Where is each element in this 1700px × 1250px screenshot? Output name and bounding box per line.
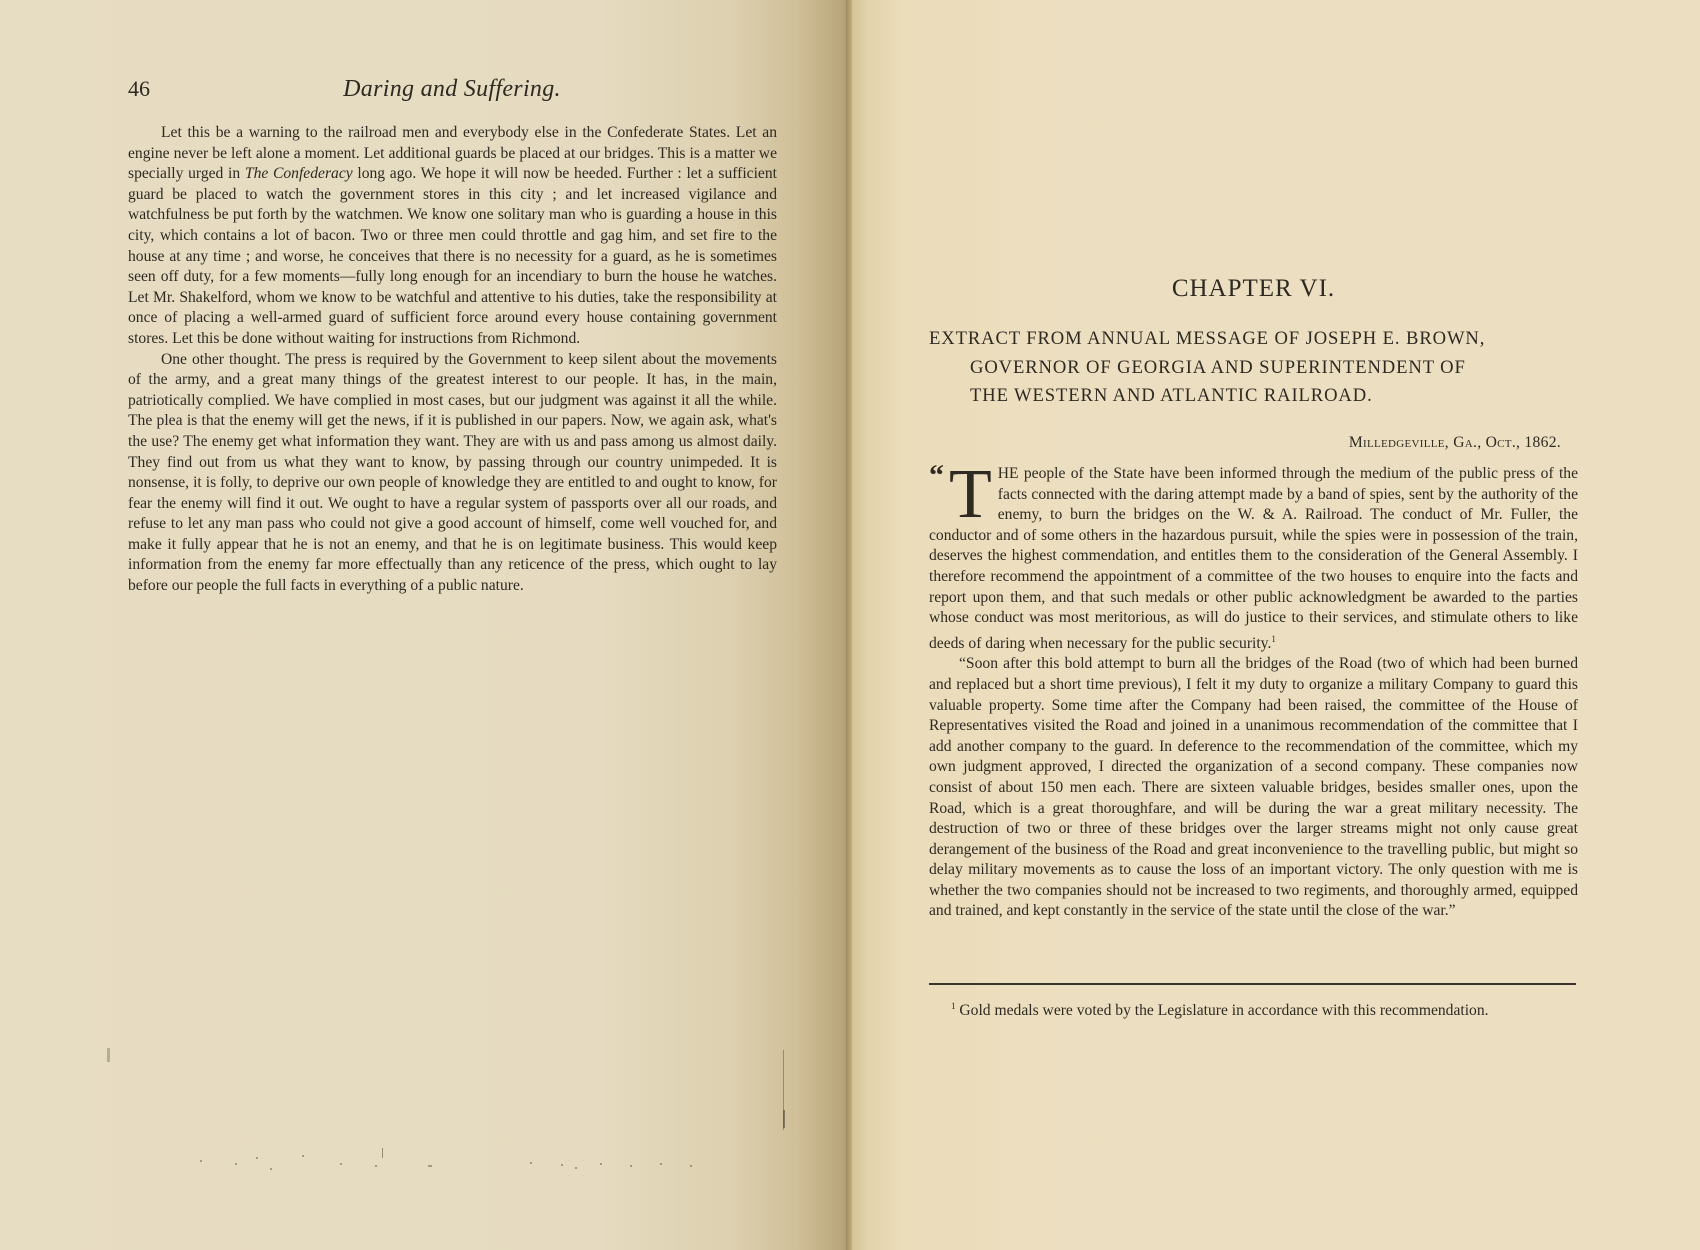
scan-artifact (270, 1168, 272, 1170)
scan-artifact (660, 1163, 662, 1165)
subtitle-line: EXTRACT FROM ANNUAL MESSAGE OF JOSEPH E.… (929, 325, 1578, 354)
chapter-subtitle: EXTRACT FROM ANNUAL MESSAGE OF JOSEPH E.… (929, 325, 1578, 411)
footnote: 1 Gold medals were voted by the Legislat… (951, 996, 1576, 1021)
scan-artifact (430, 1165, 432, 1167)
paragraph: “Soon after this bold attempt to burn al… (929, 654, 1578, 922)
right-page-body: “THE people of the State have been infor… (929, 464, 1578, 922)
scan-artifact (375, 1165, 377, 1167)
scan-artifact (428, 1165, 430, 1167)
scan-artifact (561, 1164, 563, 1166)
scan-artifact (530, 1162, 532, 1164)
left-page: 46 Daring and Suffering. Let this be a w… (0, 0, 850, 1250)
paragraph: Let this be a warning to the railroad me… (128, 123, 777, 350)
scan-artifact (600, 1163, 602, 1165)
lead-in-caps: HE (998, 465, 1019, 482)
newspaper-title: The Confederacy (245, 165, 353, 182)
dateline: Milledgeville, Ga., Oct., 1862. (929, 434, 1561, 452)
drop-cap: T (949, 466, 992, 524)
book-spine (846, 0, 852, 1250)
scan-artifact (340, 1163, 342, 1165)
paragraph-text: long ago. We hope it will now be heeded.… (128, 165, 777, 347)
paragraph: “THE people of the State have been infor… (929, 464, 1578, 654)
scan-artifact (302, 1155, 304, 1157)
scan-artifact (575, 1167, 577, 1169)
scan-artifact (783, 1110, 785, 1128)
scan-artifact (107, 1048, 110, 1062)
subtitle-line: THE WESTERN AND ATLANTIC RAILROAD. (929, 382, 1578, 411)
scan-artifact (630, 1165, 632, 1167)
footnote-divider (929, 983, 1576, 985)
paragraph-text: people of the State have been informed t… (929, 465, 1578, 652)
footnote-text: Gold medals were voted by the Legislatur… (956, 1002, 1489, 1019)
scan-artifact (382, 1148, 383, 1158)
chapter-title: CHAPTER VI. (929, 275, 1578, 303)
subtitle-line: GOVERNOR OF GEORGIA AND SUPERINTENDENT O… (929, 354, 1578, 383)
footnote-reference: 1 (1271, 634, 1276, 644)
scan-artifact (200, 1160, 202, 1162)
scan-artifact (235, 1163, 237, 1165)
scan-artifact (690, 1165, 692, 1167)
open-quote: “ (929, 462, 941, 490)
running-head: 46 Daring and Suffering. (128, 76, 776, 106)
scan-artifact (256, 1157, 258, 1159)
left-page-body: Let this be a warning to the railroad me… (128, 123, 777, 597)
running-title: Daring and Suffering. (128, 76, 776, 103)
paragraph: One other thought. The press is required… (128, 350, 777, 597)
